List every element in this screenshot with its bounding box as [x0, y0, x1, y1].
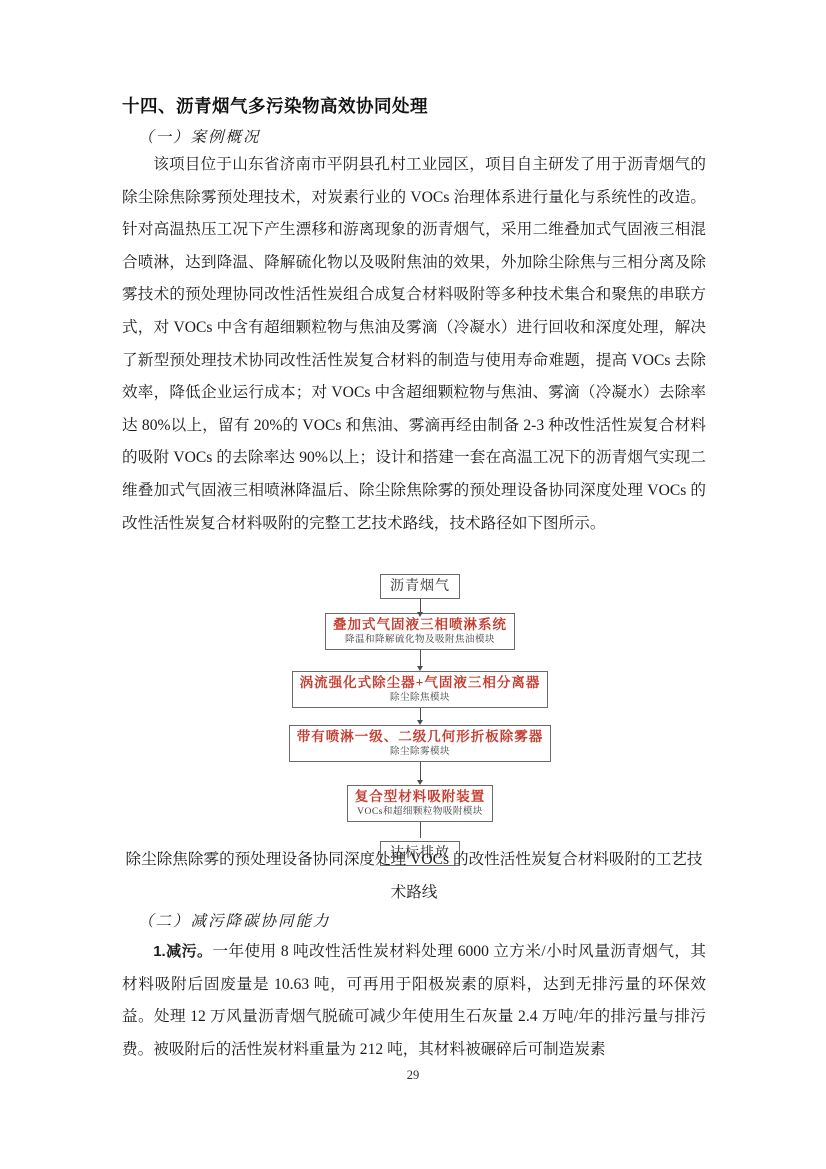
flow-node-sublabel: 除尘除雾模块	[297, 746, 544, 759]
page-number: 29	[0, 1068, 826, 1083]
flow-node-label: 沥青烟气	[390, 577, 450, 596]
flow-arrow-down	[420, 708, 421, 721]
flow-node-vortex-deduster: 涡流强化式除尘器+气固液三相分离器 除尘除焦模块	[292, 671, 549, 708]
flow-node-sublabel: 除尘除焦模块	[300, 692, 541, 705]
paragraph-lead: 1.减污。	[153, 943, 212, 960]
flow-node-label: 叠加式气固液三相喷淋系统	[333, 615, 507, 634]
flow-node-composite-adsorber: 复合型材料吸附装置 VOCs和超细颗粒物吸附模块	[347, 785, 494, 822]
flow-arrow-down	[420, 650, 421, 667]
section-heading-case-overview: （一）案例概况	[138, 125, 261, 147]
flow-arrow-down	[420, 762, 421, 781]
case-overview-paragraph: 该项目位于山东省济南市平阴县孔村工业园区，项目自主研发了用于沥青烟气的除尘除焦除…	[122, 149, 706, 540]
chapter-title: 十四、沥青烟气多污染物高效协同处理	[122, 93, 428, 118]
section-heading-synergy-capacity: （二）减污降碳协同能力	[138, 909, 331, 931]
flow-node-label: 复合型材料吸附装置	[355, 787, 486, 806]
flow-node-label: 涡流强化式除尘器+气固液三相分离器	[300, 673, 541, 692]
flow-arrow-down	[420, 599, 421, 613]
paragraph-body: 一年使用 8 吨改性活性炭材料处理 6000 立方米/小时风量沥青烟气，其材料吸…	[122, 943, 706, 1058]
flow-node-spray-system: 叠加式气固液三相喷淋系统 降温和降解硫化物及吸附焦油模块	[325, 613, 515, 650]
pollution-reduction-paragraph: 1.减污。一年使用 8 吨改性活性炭材料处理 6000 立方米/小时风量沥青烟气…	[122, 936, 706, 1066]
flow-node-asphalt-fume: 沥青烟气	[380, 574, 460, 599]
process-flowchart: 沥青烟气 叠加式气固液三相喷淋系统 降温和降解硫化物及吸附焦油模块 涡流强化式除…	[7, 574, 826, 866]
figure-caption: 除尘除焦除雾的预处理设备协同深度处理 VOCs 的改性活性炭复合材料吸附的工艺技…	[122, 844, 706, 909]
flow-node-sublabel: 降温和降解硫化物及吸附焦油模块	[333, 634, 507, 647]
flow-node-baffle-demister: 带有喷淋一级、二级几何形折板除雾器 除尘除雾模块	[289, 725, 552, 762]
document-page: { "document": { "title": "十四、沥青烟气多污染物高效协…	[0, 0, 826, 1169]
flow-line-down	[420, 822, 421, 838]
flow-node-label: 带有喷淋一级、二级几何形折板除雾器	[297, 727, 544, 746]
flow-node-sublabel: VOCs和超细颗粒物吸附模块	[355, 806, 486, 819]
